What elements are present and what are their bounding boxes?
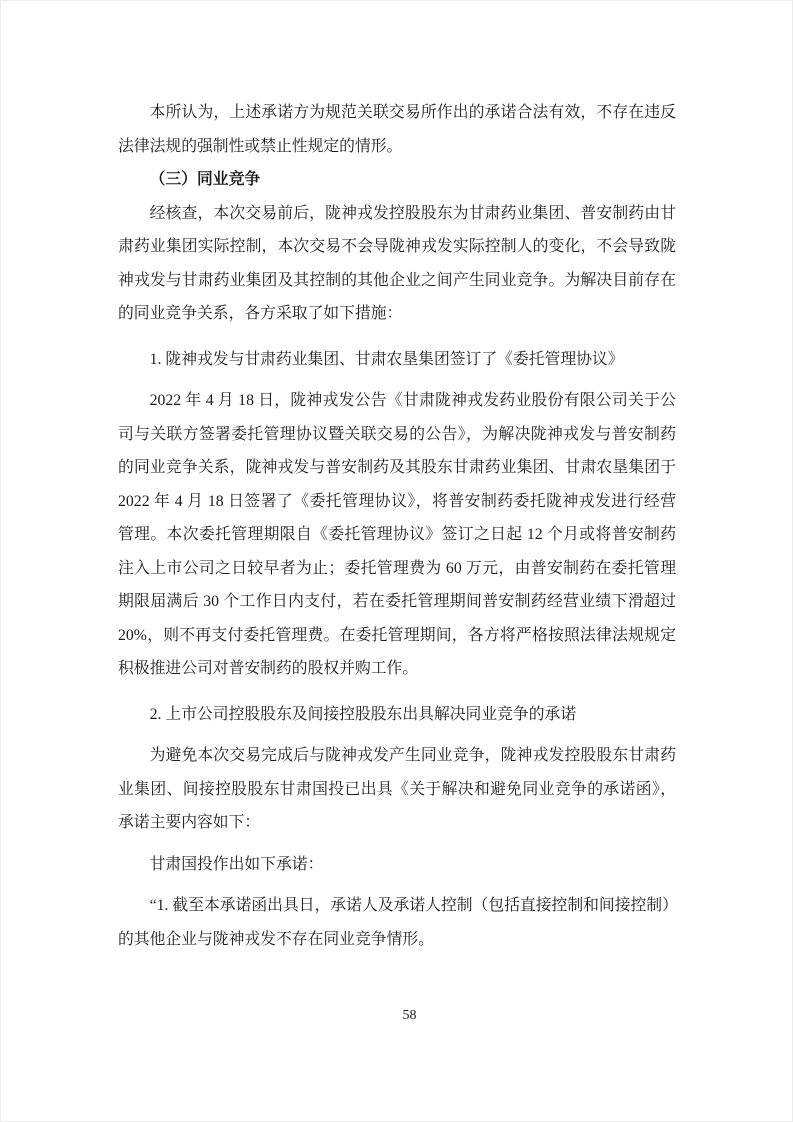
heading-industry-competition: （三）同业竞争 <box>118 163 676 197</box>
text-line: 的其他企业与陇神戎发不存在同业竞争情形。 <box>118 923 676 957</box>
text-line: 为避免本次交易完成后与陇神戎发产生同业竞争，陇神戎发控股股东甘肃药 <box>118 739 676 773</box>
item-2-shareholder-commitments: 2. 上市公司控股股东及间接控股股东出具解决同业竞争的承诺 <box>118 698 676 732</box>
text-line: 经核查，本次交易前后，陇神戎发控股股东为甘肃药业集团、普安制药由甘 <box>118 197 676 231</box>
text-line: 管理。本次委托管理期限自《委托管理协议》签订之日起 12 个月或将普安制药 <box>118 518 676 552</box>
text-line: 积极推进公司对普安制药的股权并购工作。 <box>118 652 676 686</box>
para-verification: 经核查，本次交易前后，陇神戎发控股股东为甘肃药业集团、普安制药由甘 肃药业集团实… <box>118 197 676 331</box>
text-line: 的同业竞争关系，陇神戎发与普安制药及其股东甘肃药业集团、甘肃农垦集团于 <box>118 451 676 485</box>
text-line: 2022 年 4 月 18 日，陇神戎发公告《甘肃陇神戎发药业股份有限公司关于公 <box>118 384 676 418</box>
text-line: 法律法规的强制性或禁止性规定的情形。 <box>118 130 676 164</box>
text-line: “1. 截至本承诺函出具日，承诺人及承诺人控制（包括直接控制和间接控制） <box>118 889 676 923</box>
text-line: 20%，则不再支付委托管理费。在委托管理期间，各方将严格按照法律法规规定 <box>118 619 676 653</box>
para-commitment-1: “1. 截至本承诺函出具日，承诺人及承诺人控制（包括直接控制和间接控制） 的其他… <box>118 889 676 956</box>
text-line: 业集团、间接控股股东甘肃国投已出具《关于解决和避免同业竞争的承诺函》， <box>118 773 676 807</box>
document-page: 本所认为，上述承诺方为规范关联交易所作出的承诺合法有效，不存在违反 法律法规的强… <box>0 0 793 1122</box>
para-gansu-guotou-commitment-intro: 甘肃国投作出如下承诺： <box>118 848 676 882</box>
text-line: 期限届满后 30 个工作日内支付，若在委托管理期间普安制药经营业绩下滑超过 <box>118 585 676 619</box>
text-line: 司与关联方签署委托管理协议暨关联交易的公告》，为解决陇神戎发与普安制药 <box>118 418 676 452</box>
section-heading: （三）同业竞争 <box>118 163 676 197</box>
text-line: 神戎发与甘肃药业集团及其控制的其他企业之间产生同业竞争。为解决目前存在 <box>118 264 676 298</box>
text-line: 本所认为，上述承诺方为规范关联交易所作出的承诺合法有效，不存在违反 <box>118 96 676 130</box>
text-line: 注入上市公司之日较早者为止；委托管理费为 60 万元，由普安制药在委托管理 <box>118 552 676 586</box>
text-line: 的同业竞争关系，各方采取了如下措施： <box>118 297 676 331</box>
text-line: 承诺主要内容如下： <box>118 806 676 840</box>
text-line: 2. 上市公司控股股东及间接控股股东出具解决同业竞争的承诺 <box>118 698 676 732</box>
text-line: 肃药业集团实际控制，本次交易不会导陇神戎发实际控制人的变化，不会导致陇 <box>118 230 676 264</box>
document-body: 本所认为，上述承诺方为规范关联交易所作出的承诺合法有效，不存在违反 法律法规的强… <box>118 96 676 956</box>
text-line: 2022 年 4 月 18 日签署了《委托管理协议》，将普安制药委托陇神戎发进行… <box>118 485 676 519</box>
text-line: 甘肃国投作出如下承诺： <box>118 848 676 882</box>
para-entrusted-management-details: 2022 年 4 月 18 日，陇神戎发公告《甘肃陇神戎发药业股份有限公司关于公… <box>118 384 676 686</box>
para-commitment-letter: 为避免本次交易完成后与陇神戎发产生同业竞争，陇神戎发控股股东甘肃药 业集团、间接… <box>118 739 676 840</box>
para-legal-opinion: 本所认为，上述承诺方为规范关联交易所作出的承诺合法有效，不存在违反 法律法规的强… <box>118 96 676 163</box>
text-line: 1. 陇神戎发与甘肃药业集团、甘肃农垦集团签订了《委托管理协议》 <box>118 343 676 377</box>
item-1-entrusted-management-agreement: 1. 陇神戎发与甘肃药业集团、甘肃农垦集团签订了《委托管理协议》 <box>118 343 676 377</box>
page-number: 58 <box>1 1007 792 1024</box>
